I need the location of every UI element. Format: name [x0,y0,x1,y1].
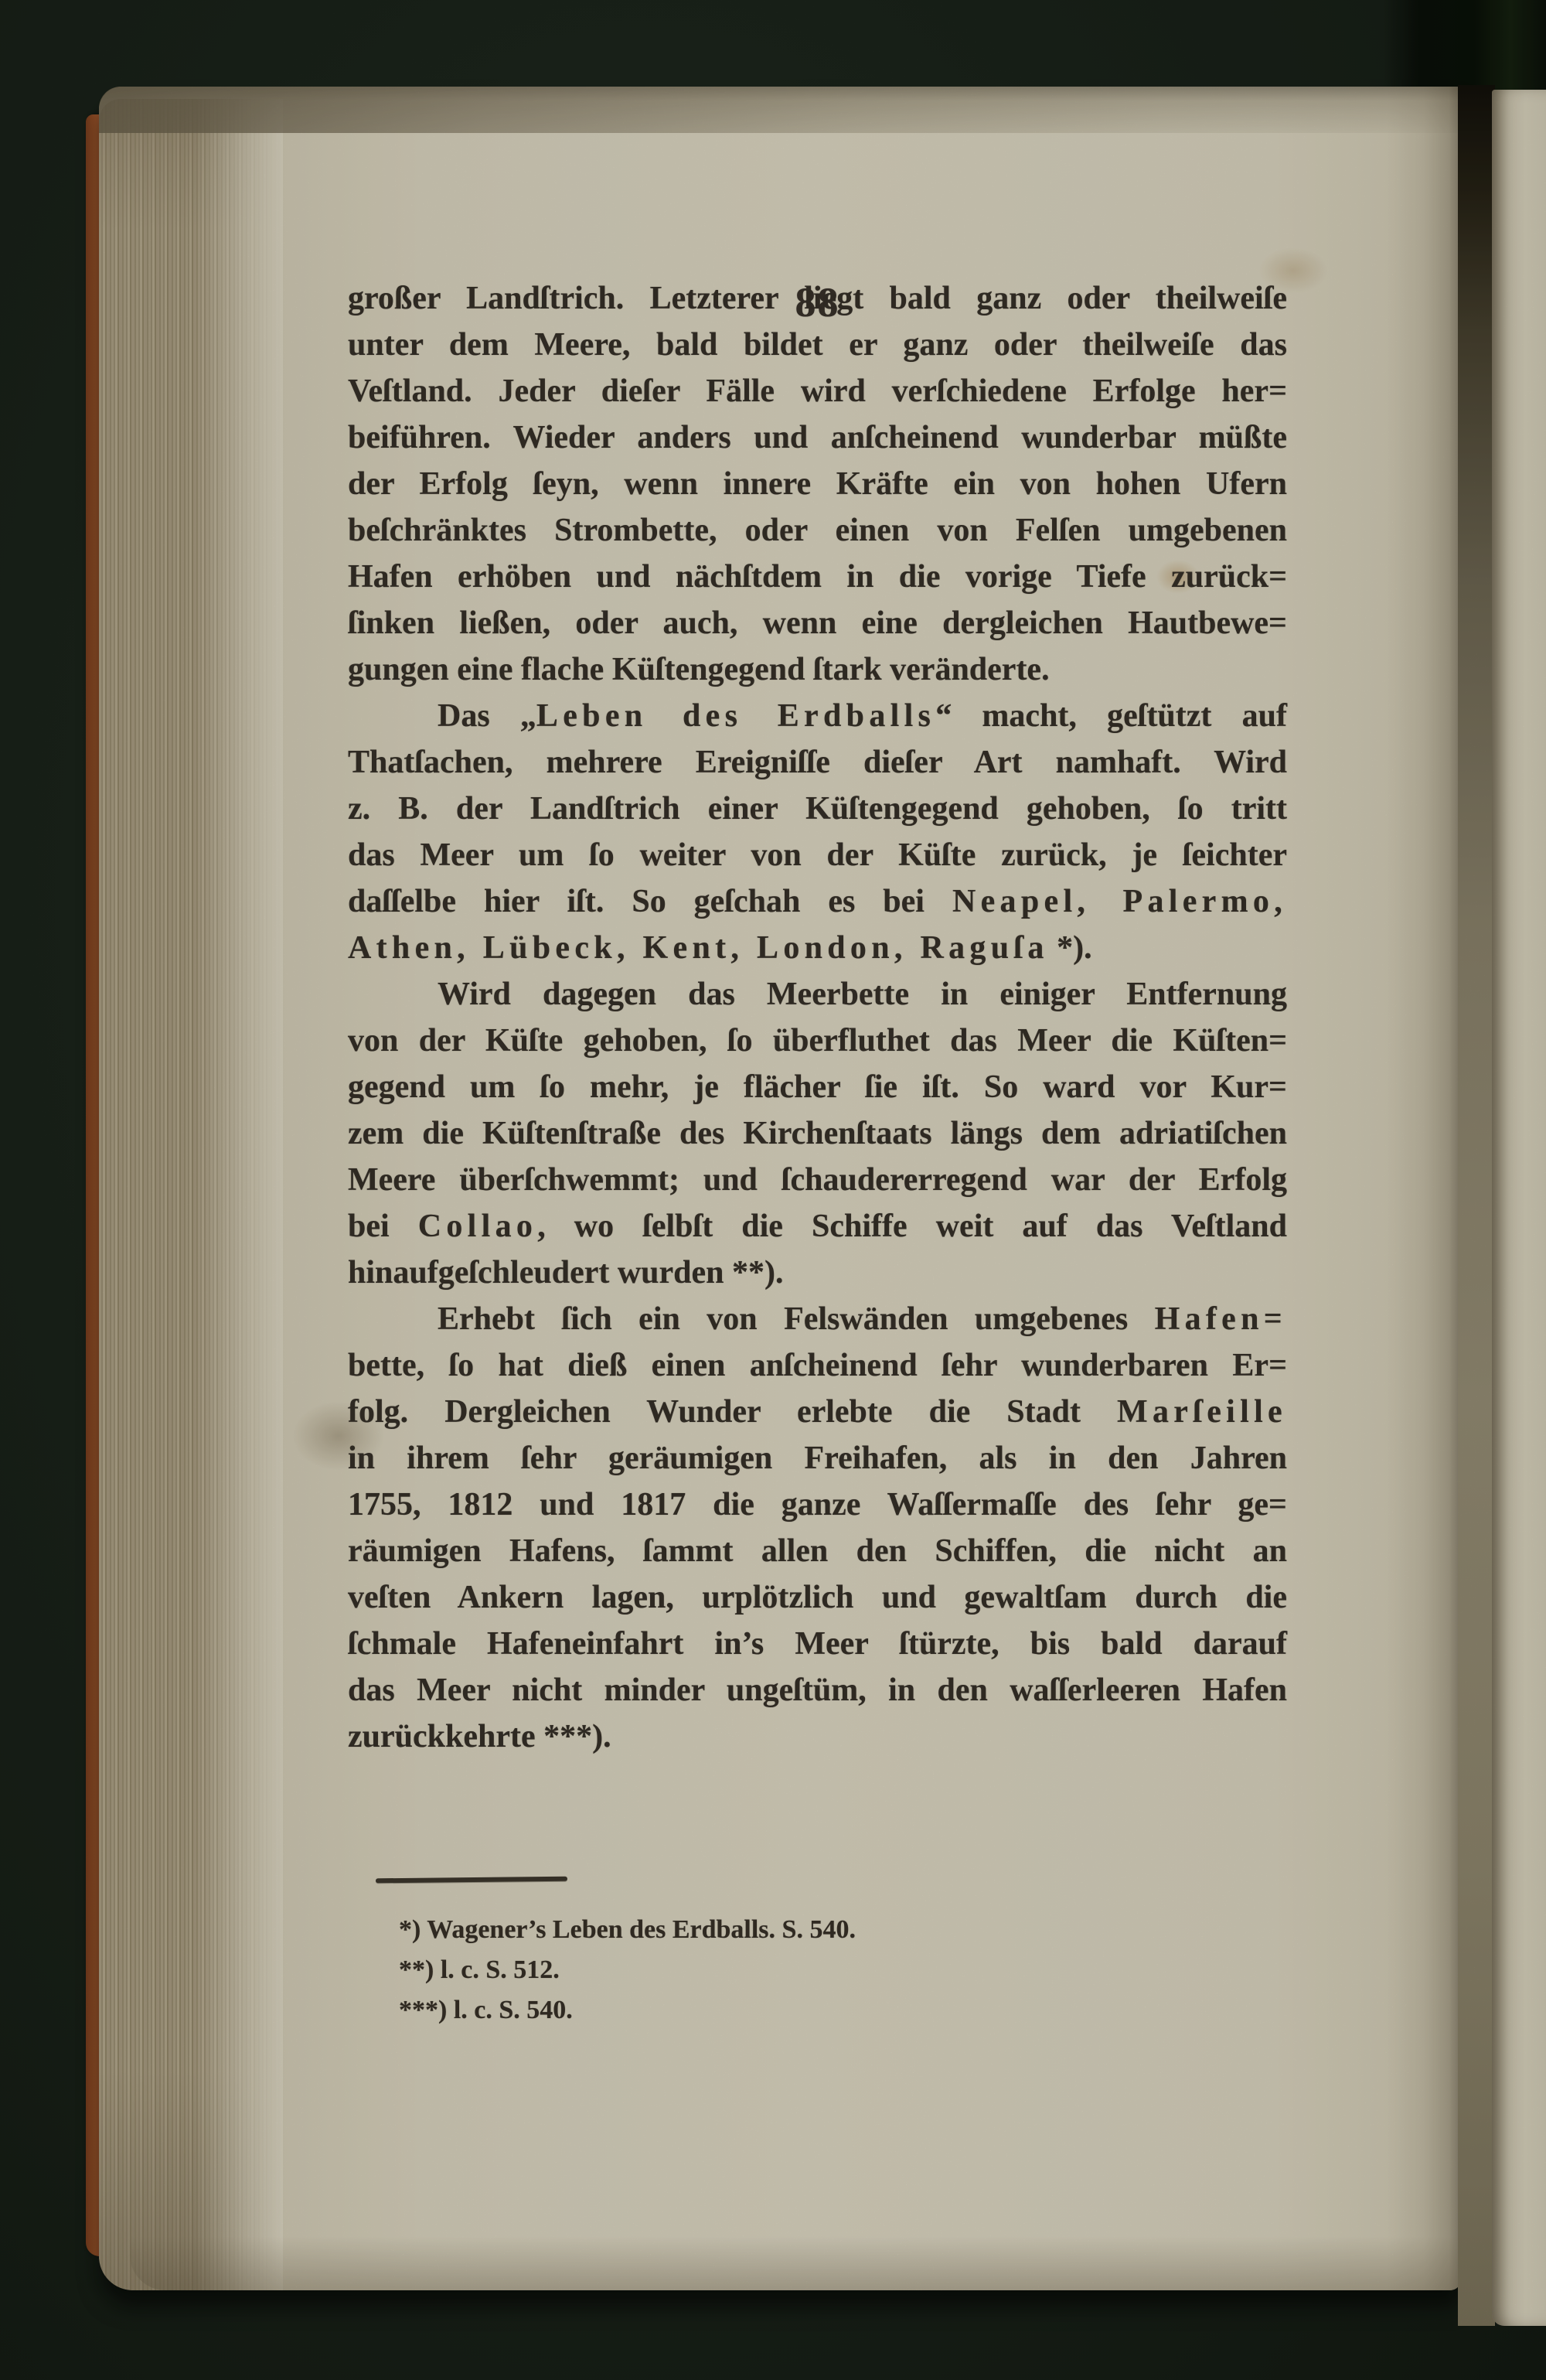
text-segment: Thatſachen, mehrere Ereigniſſe dieſer Ar… [348,745,1287,780]
text-line: Athen, Lübeck, Kent, London, Raguſa *). [348,925,1287,971]
text-line: veſten Ankern lagen, urplötzlich und gew… [348,1574,1287,1621]
text-line: Wird dagegen das Meerbette in einiger En… [348,971,1287,1018]
text-line: bette, ſo hat dieß einen anſcheinend ſeh… [348,1342,1287,1389]
emphasized-text: Neapel, Palermo, [952,884,1287,919]
text-line: daſſelbe hier iſt. So geſchah es bei Nea… [348,878,1287,925]
text-line: der Erfolg ſeyn, wenn innere Kräfte ein … [348,461,1287,507]
adjacent-page-edge [1492,90,1546,2326]
text-segment: beiführen. Wieder anders und anſcheinend… [348,420,1287,455]
body-text: großer Landſtrich. Letzterer liegt bald … [348,275,1287,1760]
footnotes: *) Wagener’s Leben des Erdballs. S. 540.… [348,1910,1287,2031]
text-line: das Meer nicht minder ungeſtüm, in den w… [348,1667,1287,1713]
emphasized-text: Marſeille [1117,1394,1287,1430]
page-stack-fore-edge [99,99,283,2290]
text-segment: 1755, 1812 und 1817 die ganze Waſſermaſſ… [348,1487,1287,1522]
footnote-line: ***) l. c. S. 540. [348,1990,1287,2031]
text-segment: veſten Ankern lagen, urplötzlich und gew… [348,1580,1287,1615]
text-line: Meere überſchwemmt; und ſchaudererregend… [348,1157,1287,1203]
text-line: hinaufgeſchleudert wurden **). [348,1250,1287,1296]
text-segment: gungen eine flache Küſtengegend ſtark ve… [348,652,1050,687]
text-line: zem die Küſtenſtraße des Kirchenſtaats l… [348,1110,1287,1157]
text-segment: Wird dagegen das Meerbette in einiger En… [438,977,1287,1012]
text-line: Hafen erhöben und nächſtdem in die vorig… [348,554,1287,600]
page-gap-shadow [1458,85,1495,2326]
text-segment: *). [1049,930,1092,966]
text-segment: Meere überſchwemmt; und ſchaudererregend… [348,1162,1287,1198]
footnote-line: *) Wagener’s Leben des Erdballs. S. 540. [348,1910,1287,1950]
text-line: beiführen. Wieder anders und anſcheinend… [348,414,1287,461]
text-segment: in ihrem ſehr geräumigen Freihafen, als … [348,1441,1287,1476]
text-line: unter dem Meere, bald bildet er ganz ode… [348,322,1287,368]
footnote-line: **) l. c. S. 512. [348,1950,1287,1990]
text-segment: Hafen erhöben und nächſtdem in die vorig… [348,559,1287,595]
page-right-shading [1387,87,1461,2290]
text-segment: unter dem Meere, bald bildet er ganz ode… [348,327,1287,363]
text-line: zurückkehrte ***). [348,1713,1287,1760]
text-line: in ihrem ſehr geräumigen Freihafen, als … [348,1435,1287,1482]
text-segment: räumigen Hafens, ſammt allen den Schiffe… [348,1533,1287,1569]
text-line: beſchränktes Strombette, oder einen von … [348,507,1287,554]
text-line: gungen eine flache Küſtengegend ſtark ve… [348,646,1287,693]
text-line: folg. Dergleichen Wunder erlebte die Sta… [348,1389,1287,1435]
text-segment: , wo ſelbſt die Schiffe weit auf das Veſ… [537,1209,1287,1244]
text-segment: folg. Dergleichen Wunder erlebte die Sta… [348,1394,1117,1430]
text-segment: der Erfolg ſeyn, wenn innere Kräfte ein … [348,466,1287,502]
text-segment: “ macht, geſtützt auf [935,698,1287,734]
text-segment: daſſelbe hier iſt. So geſchah es bei [348,884,952,919]
text-line: von der Küſte gehoben, ſo überfluthet da… [348,1018,1287,1064]
text-segment: Veſtland. Jeder dieſer Fälle wird verſch… [348,373,1287,409]
text-line: z. B. der Landſtrich einer Küſtengegend … [348,786,1287,832]
text-segment: zem die Küſtenſtraße des Kirchenſtaats l… [348,1116,1287,1151]
text-segment: beſchränktes Strombette, oder einen von … [348,513,1287,548]
page-stack-top-edge [99,87,1461,133]
text-line: ſinken ließen, oder auch, wenn eine derg… [348,600,1287,646]
emphasized-text: Leben des Erdballs [536,698,935,734]
text-line: Veſtland. Jeder dieſer Fälle wird verſch… [348,368,1287,414]
text-segment: Das „ [438,698,536,734]
text-line: das Meer um ſo weiter von der Küſte zurü… [348,832,1287,878]
text-segment: von der Küſte gehoben, ſo überfluthet da… [348,1023,1287,1059]
text-line: Thatſachen, mehrere Ereigniſſe dieſer Ar… [348,739,1287,786]
emphasized-text: Athen, Lübeck, Kent, London, Raguſa [348,930,1049,966]
book-scan-scene: 88 großer Landſtrich. Letzterer liegt ba… [0,0,1546,2380]
text-segment: ſinken ließen, oder auch, wenn eine derg… [348,605,1287,641]
text-line: großer Landſtrich. Letzterer liegt bald … [348,275,1287,322]
text-segment: gegend um ſo mehr, je flächer ſie iſt. S… [348,1069,1287,1105]
page-bottom-shading [130,2236,1461,2290]
text-line: 1755, 1812 und 1817 die ganze Waſſermaſſ… [348,1482,1287,1528]
text-line: ſchmale Hafeneinfahrt in’s Meer ſtürzte,… [348,1621,1287,1667]
text-segment: zurückkehrte ***). [348,1719,611,1754]
emphasized-text: Hafen= [1155,1301,1287,1337]
text-segment: bei [348,1209,418,1244]
text-segment: das Meer nicht minder ungeſtüm, in den w… [348,1672,1287,1708]
text-segment: bette, ſo hat dieß einen anſcheinend ſeh… [348,1348,1287,1383]
text-line: bei Collao, wo ſelbſt die Schiffe weit a… [348,1203,1287,1250]
text-segment: großer Landſtrich. Letzterer liegt bald … [348,281,1287,316]
text-segment: das Meer um ſo weiter von der Küſte zurü… [348,837,1287,873]
text-line: gegend um ſo mehr, je flächer ſie iſt. S… [348,1064,1287,1110]
emphasized-text: Collao [418,1209,537,1244]
text-segment: ſchmale Hafeneinfahrt in’s Meer ſtürzte,… [348,1626,1287,1662]
text-segment: Erhebt ſich ein von Felswänden umgebenes [438,1301,1155,1337]
text-line: räumigen Hafens, ſammt allen den Schiffe… [348,1528,1287,1574]
text-segment: hinaufgeſchleudert wurden **). [348,1255,784,1291]
text-segment: z. B. der Landſtrich einer Küſtengegend … [348,791,1287,827]
text-line: Erhebt ſich ein von Felswänden umgebenes… [348,1296,1287,1342]
text-line: Das „Leben des Erdballs“ macht, geſtützt… [348,693,1287,739]
